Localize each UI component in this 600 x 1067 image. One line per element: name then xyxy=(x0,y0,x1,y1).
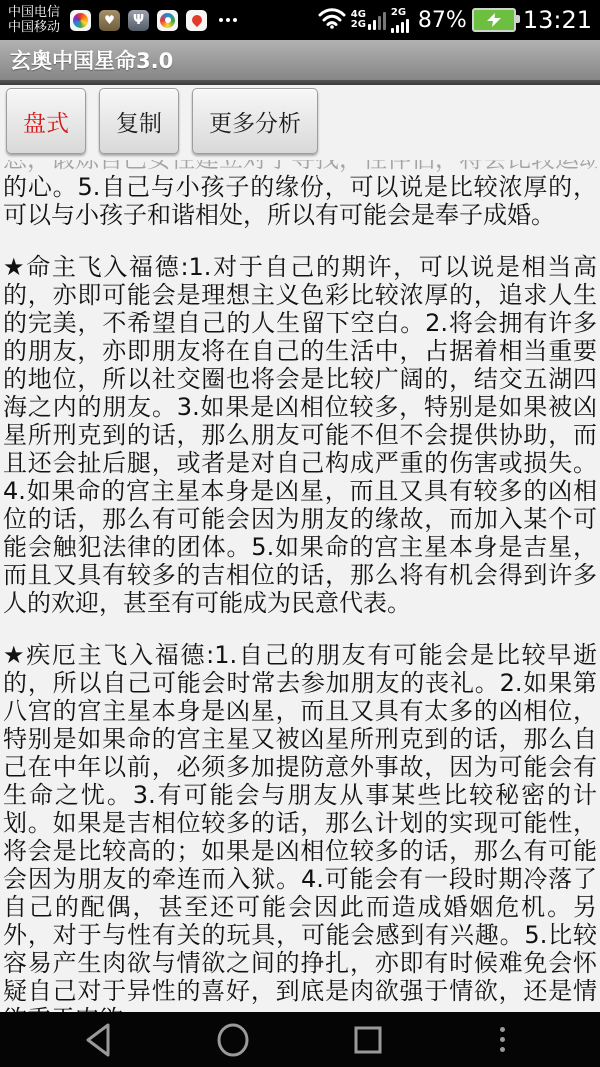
analysis-text-scroll[interactable]: 息，锻炼自己女性建立对于寻找，性伴侣，将会比较运动 的心。5.自己与小孩子的缘份… xyxy=(0,158,600,1033)
clock-time: 13:21 xyxy=(523,6,592,34)
carrier-line-2: 中国移动 xyxy=(8,20,60,35)
analysis-paragraph: ★疾厄主飞入福德:1.自己的朋友有可能会是比较早逝的，所以自己可能会时常去参加朋… xyxy=(3,641,597,1033)
status-indicators: 4G 2G 2G 87% 13:21 xyxy=(318,6,592,34)
carrier-line-1: 中国电信 xyxy=(8,5,60,20)
battery-percent: 87% xyxy=(418,8,467,33)
home-icon[interactable] xyxy=(198,1012,268,1067)
back-icon[interactable] xyxy=(63,1012,133,1067)
more-notifications-icon xyxy=(219,18,237,22)
phone-screen: 中国电信 中国移动 ♥ Ψ 4G 2G xyxy=(0,0,600,1067)
menu-icon[interactable] xyxy=(468,1012,538,1067)
wifi-icon xyxy=(318,7,346,33)
health-app-icon: ♥ xyxy=(99,10,120,31)
android-nav-bar xyxy=(0,1012,600,1067)
map-app-icon xyxy=(186,10,207,31)
battery-charging-icon xyxy=(472,8,516,32)
usb-connected-icon: Ψ xyxy=(128,10,149,31)
clipped-text-line: 息，锻炼自己女性建立对于寻找，性伴侣，将会比较运动 xyxy=(3,160,597,173)
notification-icons: ♥ Ψ xyxy=(70,10,237,31)
recents-icon[interactable] xyxy=(333,1012,403,1067)
chart-style-button[interactable]: 盘式 xyxy=(6,88,86,154)
app-title: 玄奥中国星命3.0 xyxy=(10,45,173,75)
status-bar: 中国电信 中国移动 ♥ Ψ 4G 2G xyxy=(0,0,600,40)
app-title-bar: 玄奥中国星命3.0 xyxy=(0,40,600,80)
toolbar: 盘式 复制 更多分析 xyxy=(0,85,600,158)
analysis-paragraph: 的心。5.自己与小孩子的缘份，可以说是比较浓厚的，可以与小孩子和谐相处，所以有可… xyxy=(3,173,597,229)
signal-sim1-icon: 4G 2G xyxy=(351,10,386,30)
copy-button[interactable]: 复制 xyxy=(99,88,179,154)
analysis-paragraph: ★命主飞入福德:1.对于自己的期许，可以说是相当高的，亦即可能会是理想主义色彩比… xyxy=(3,253,597,617)
signal-sim2-icon: 2G xyxy=(391,8,409,33)
more-analysis-button[interactable]: 更多分析 xyxy=(192,88,318,154)
browser-app-icon xyxy=(157,10,178,31)
carrier-labels: 中国电信 中国移动 xyxy=(8,5,60,35)
app-content: 盘式 复制 更多分析 息，锻炼自己女性建立对于寻找，性伴侣，将会比较运动 的心。… xyxy=(0,85,600,1067)
pinwheel-app-icon xyxy=(70,10,91,31)
